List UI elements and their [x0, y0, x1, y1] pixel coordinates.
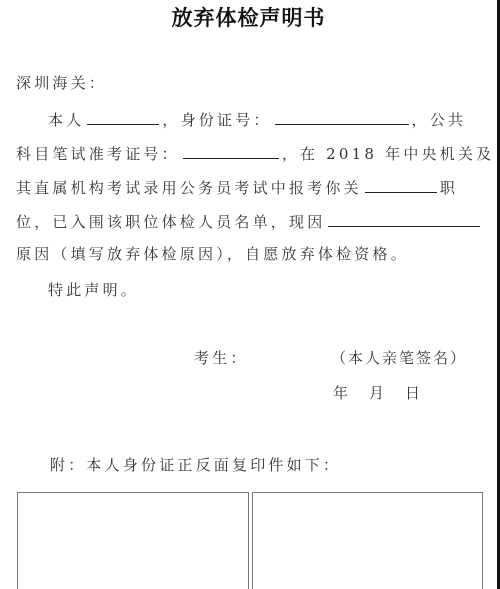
paragraph-line-1: 本人，身份证号：，公共: [48, 108, 466, 130]
name-blank[interactable]: [87, 108, 159, 125]
signature-label: 考生：: [194, 348, 249, 368]
document-title: 放弃体检声明书: [0, 2, 497, 32]
id-number-label: ，身份证号：: [162, 111, 271, 129]
id-back-copy-box: [252, 492, 483, 589]
id-front-copy-box: [17, 492, 249, 589]
line3-prefix: 其直属机构考试录用公务员考试中报考你关: [16, 179, 362, 197]
closing-statement: 特此声明。: [48, 280, 139, 300]
paragraph-line-5: 原因（填写放弃体检原因），自愿放弃体检资格。: [16, 244, 409, 264]
exam-ticket-label: 科目笔试准考证号：: [16, 145, 180, 163]
exam-ticket-blank[interactable]: [183, 142, 279, 159]
line3-suffix: 职: [440, 179, 458, 197]
addressee: 深圳海关：: [16, 73, 107, 93]
line4-prefix: 位，已入围该职位体检人员名单，现因: [16, 213, 325, 231]
signature-date: 年 月 日: [333, 383, 423, 403]
name-label: 本人: [48, 111, 84, 129]
signature-note: （本人亲笔签名）: [331, 348, 467, 368]
id-number-blank[interactable]: [275, 108, 409, 125]
paragraph-line-4: 位，已入围该职位体检人员名单，现因: [16, 210, 483, 232]
line1-suffix: ，公共: [412, 111, 467, 129]
reason-blank[interactable]: [328, 210, 480, 227]
paragraph-line-2: 科目笔试准考证号：，在 2018 年中央机关及: [16, 142, 494, 164]
line2-suffix: ，在 2018 年中央机关及: [282, 145, 495, 163]
position-blank[interactable]: [365, 176, 437, 193]
paragraph-line-3: 其直属机构考试录用公务员考试中报考你关职: [16, 176, 458, 198]
attachment-note: 附：本人身份证正反面复印件如下：: [50, 455, 341, 475]
